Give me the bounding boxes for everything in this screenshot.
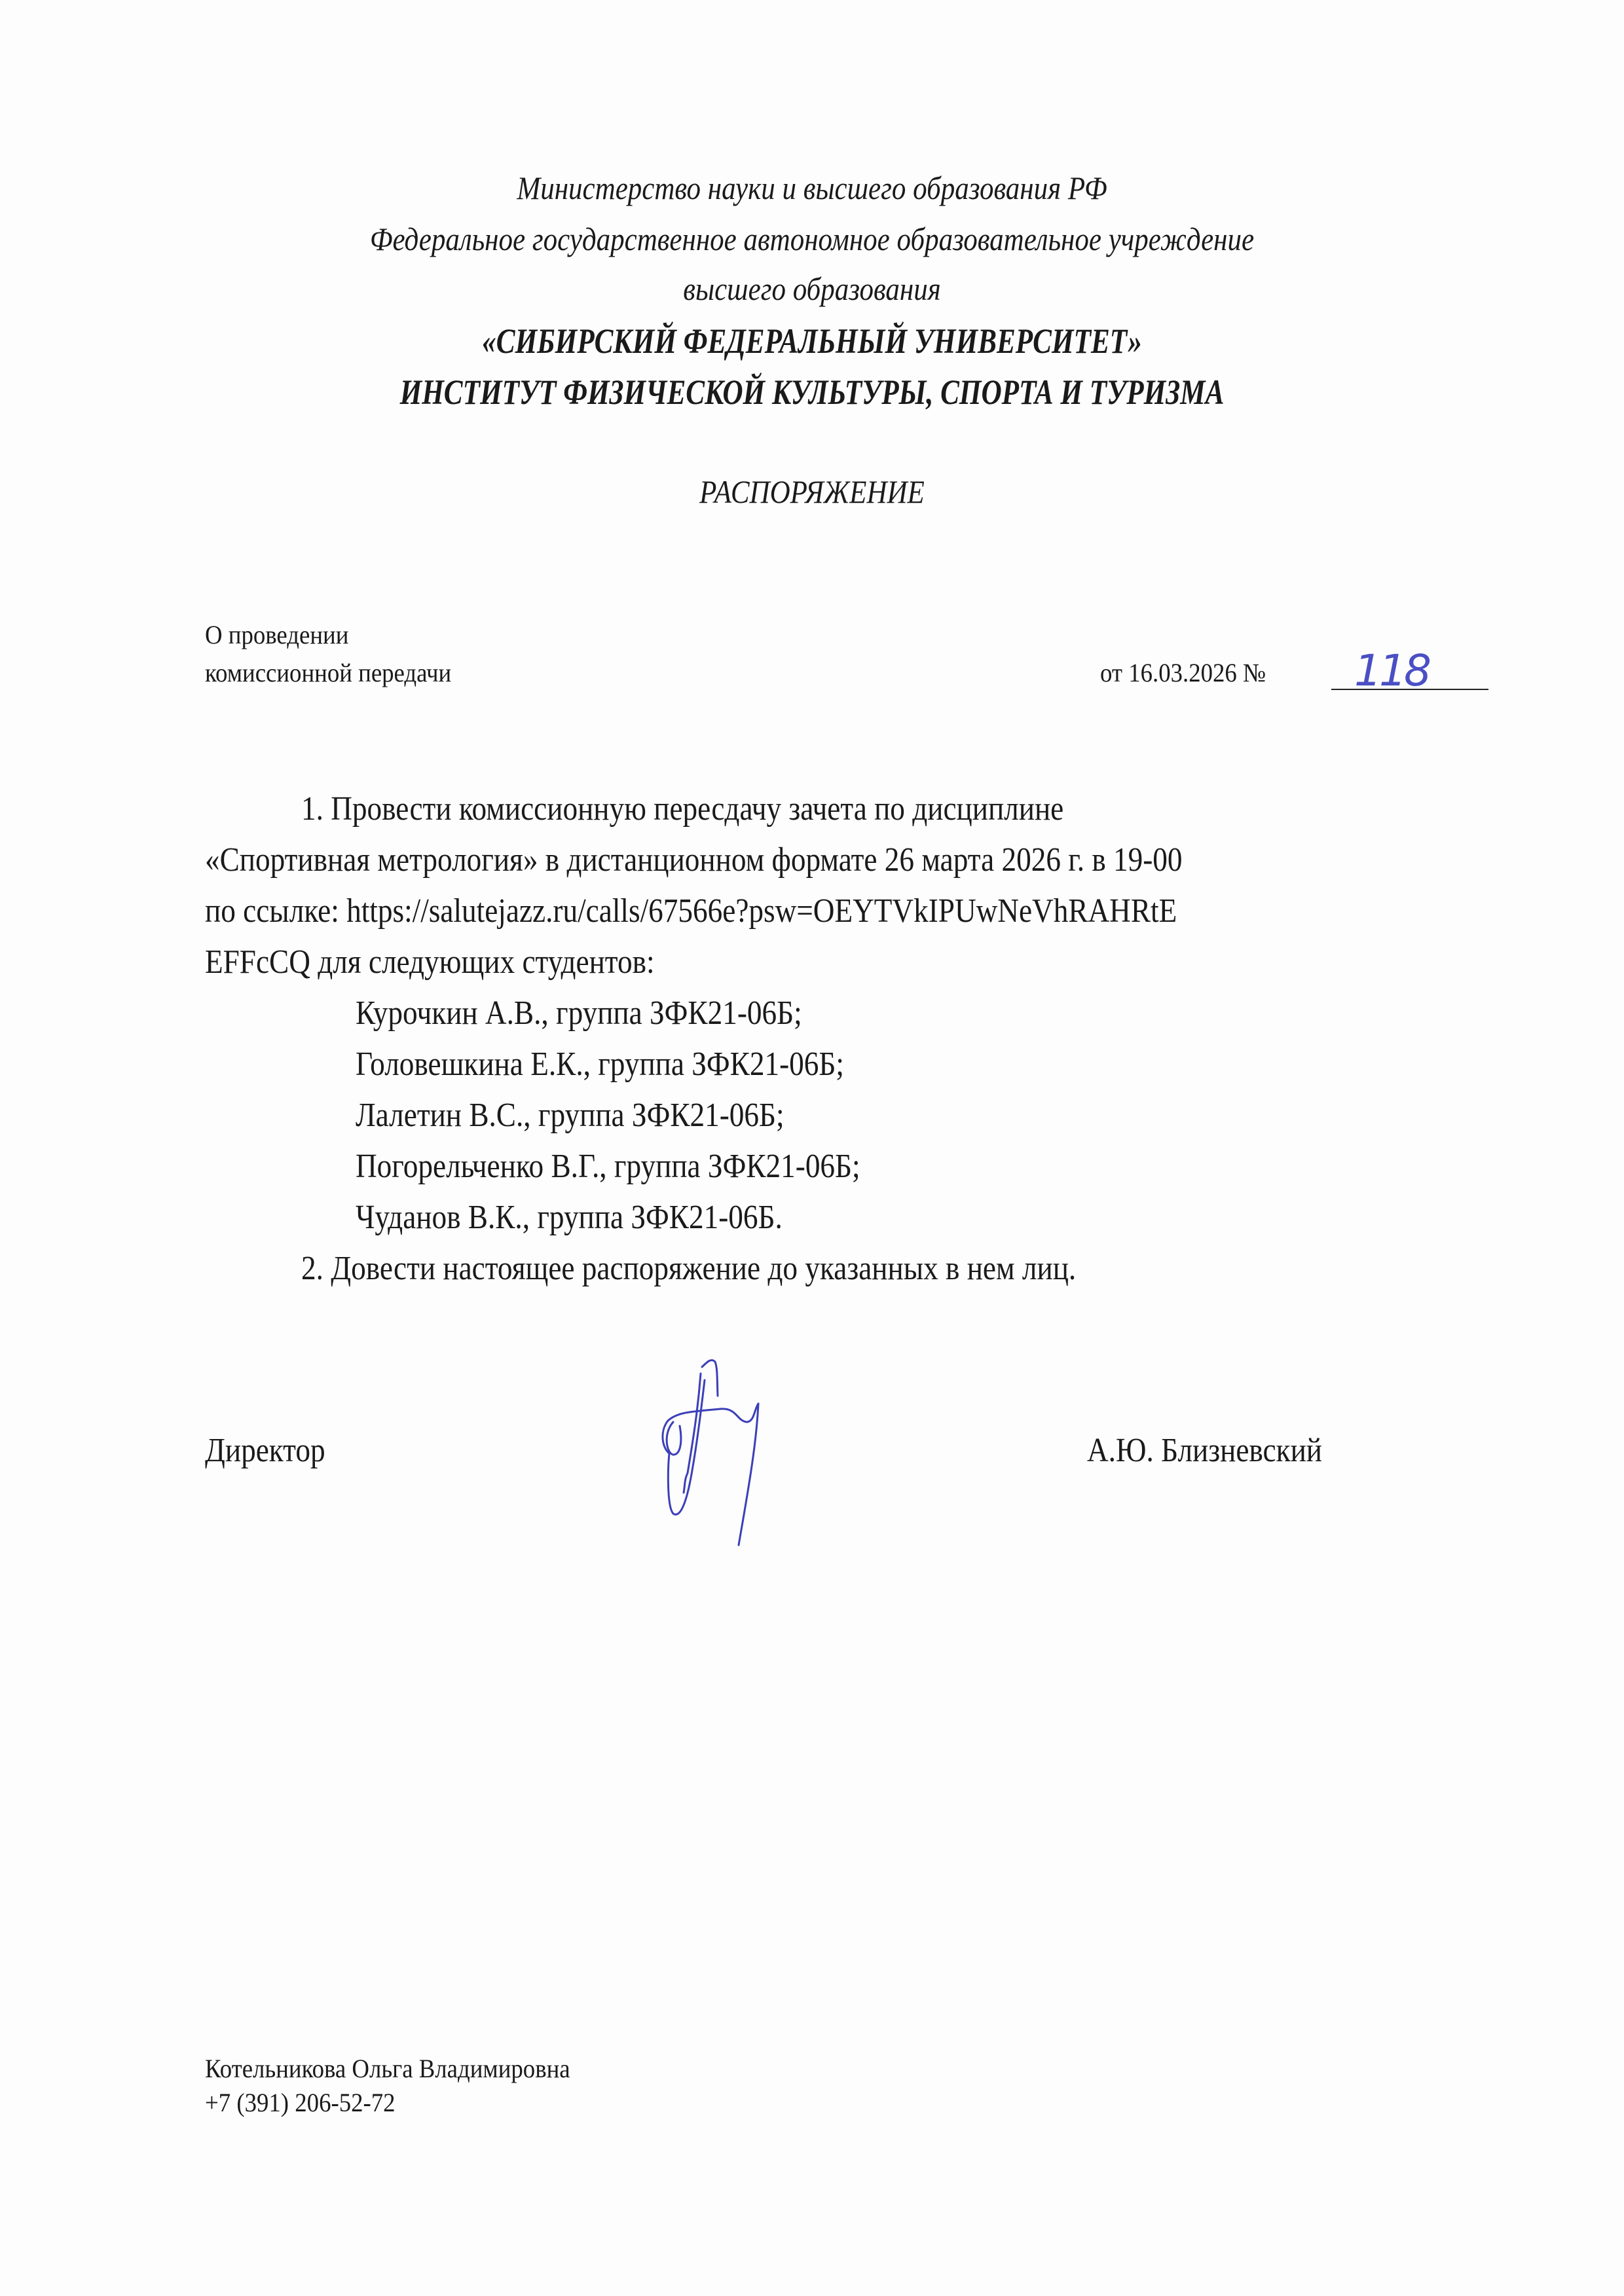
contact-name: Котельникова Ольга Владимировна (205, 2056, 570, 2082)
student-list-item: Курочкин А.В., группа ЗФК21-06Б; (356, 996, 802, 1030)
document-type-title: РАСПОРЯЖЕНИЕ (114, 475, 1511, 508)
contact-phone: +7 (391) 206-52-72 (205, 2090, 396, 2116)
subject-line-1: О проведении (205, 622, 348, 648)
signatory-name: А.Ю. Близневский (1087, 1434, 1322, 1468)
item1-line-1: 1. Провести комиссионную пересдачу зачет… (301, 792, 1063, 826)
institution-type-cont-line: высшего образования (114, 272, 1511, 305)
signature-scribble-icon (589, 1349, 864, 1558)
university-name: «СИБИРСКИЙ ФЕДЕРАЛЬНЫЙ УНИВЕРСИТЕТ» (162, 323, 1462, 359)
institution-type-line: Федеральное государственное автономное о… (114, 223, 1511, 255)
ministry-line: Министерство науки и высшего образования… (114, 172, 1511, 204)
signatory-position: Директор (205, 1434, 325, 1468)
student-list-item: Чуданов В.К., группа ЗФК21-06Б. (356, 1201, 783, 1235)
institute-name: ИНСТИТУТ ФИЗИЧЕСКОЙ КУЛЬТУРЫ, СПОРТА И Т… (162, 374, 1462, 410)
number-underline (1331, 689, 1488, 690)
student-list-item: Лалетин В.С., группа ЗФК21-06Б; (356, 1099, 784, 1133)
item1-line-4: EFFcCQ для следующих студентов: (205, 945, 655, 979)
item1-line-2: «Спортивная метрология» в дистанционном … (205, 843, 1183, 877)
student-list-item: Головешкина Е.К., группа ЗФК21-06Б; (356, 1048, 844, 1082)
document-date: от 16.03.2026 № (1100, 660, 1266, 686)
student-list-item: Погорельченко В.Г., группа ЗФК21-06Б; (356, 1150, 860, 1184)
item1-line-3-link[interactable]: по ссылке: https://salutejazz.ru/calls/6… (205, 894, 1177, 928)
item2-line: 2. Довести настоящее распоряжение до ука… (301, 1252, 1076, 1286)
subject-line-2: комиссионной передачи (205, 660, 451, 686)
